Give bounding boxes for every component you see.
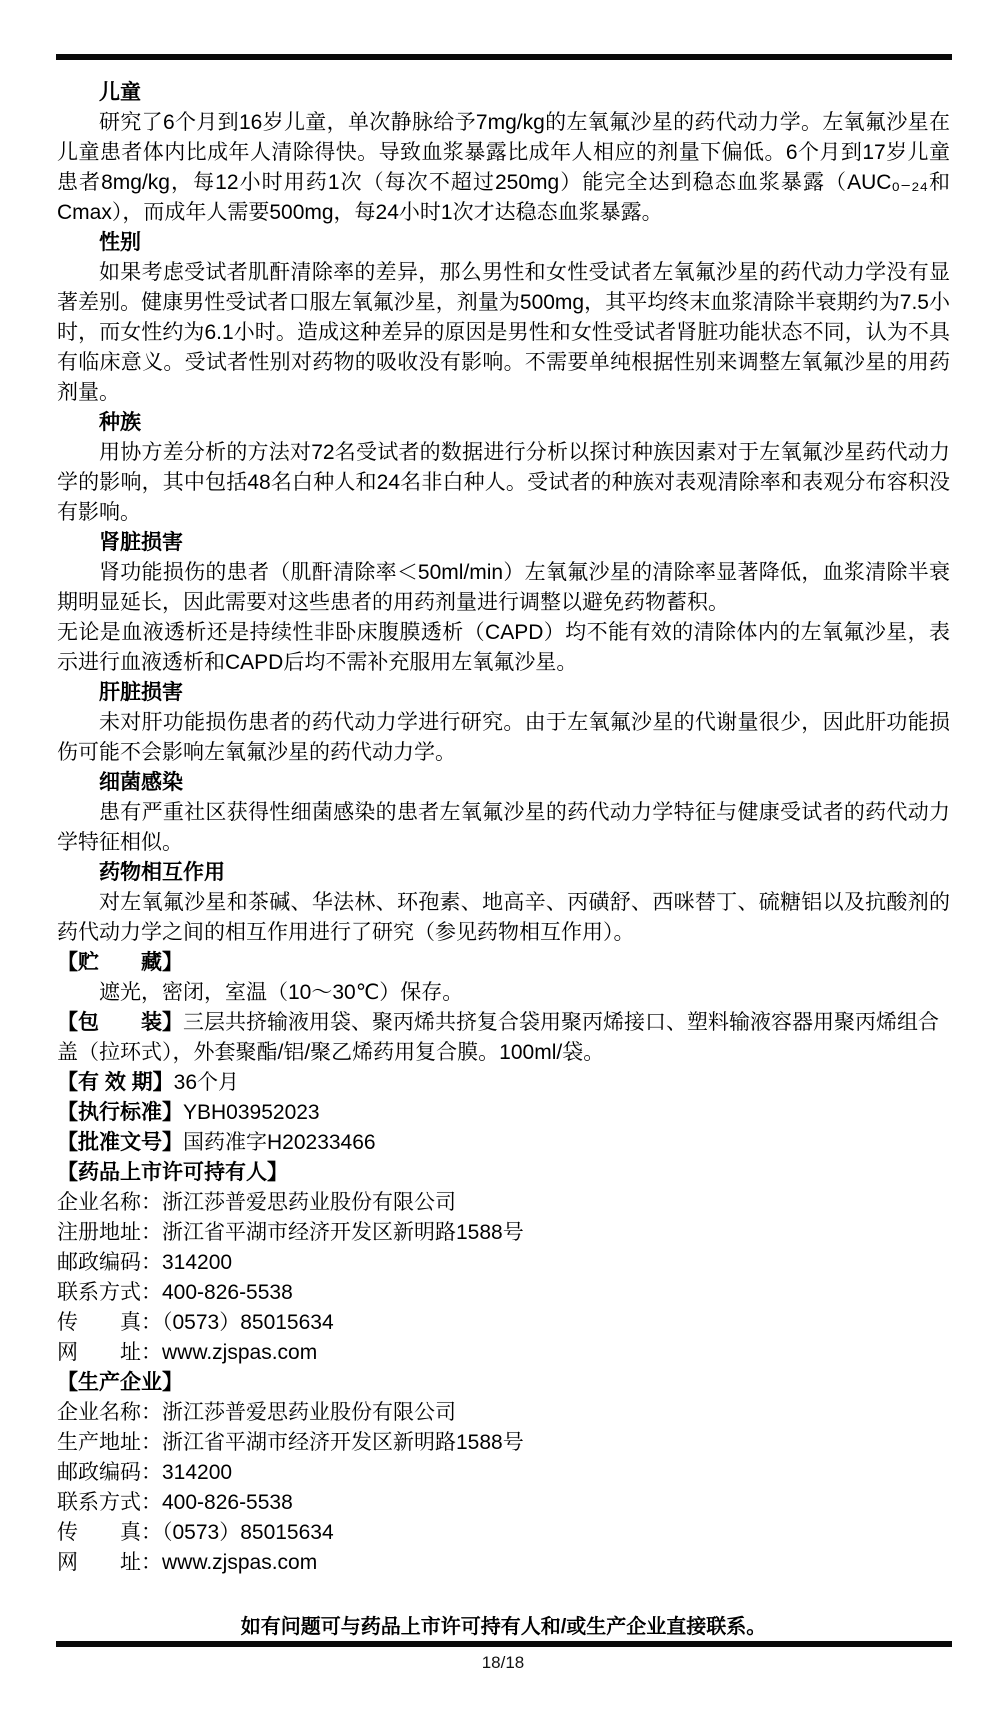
bottom-divider — [56, 1641, 952, 1647]
producer-label: 【生产企业】 — [57, 1368, 950, 1398]
section-heading-drug-interactions: 药物相互作用 — [57, 858, 950, 888]
document-page: 儿童 研究了6个月到16岁儿童，单次静脉给予7mg/kg的左氧氟沙星的药代动力学… — [0, 0, 1006, 1719]
producer-phone: 联系方式：400-826-5538 — [57, 1488, 950, 1518]
holder-postal-code: 邮政编码：314200 — [57, 1248, 950, 1278]
document-content: 儿童 研究了6个月到16岁儿童，单次静脉给予7mg/kg的左氧氟沙星的药代动力学… — [57, 78, 950, 1642]
section-heading-gender: 性别 — [57, 228, 950, 258]
producer-postal-code: 邮政编码：314200 — [57, 1458, 950, 1488]
approval-label: 【批准文号】 — [57, 1131, 183, 1154]
standard-label: 【执行标准】 — [57, 1101, 183, 1124]
producer-fax: 传 真：（0573）85015634 — [57, 1518, 950, 1548]
top-divider — [56, 54, 952, 60]
holder-company-name: 企业名称：浙江莎普爱思药业股份有限公司 — [57, 1188, 950, 1218]
holder-label: 【药品上市许可持有人】 — [57, 1158, 950, 1188]
paragraph: 未对肝功能损伤患者的药代动力学进行研究。由于左氧氟沙星的代谢量很少，因此肝功能损… — [57, 708, 950, 768]
packaging-text: 三层共挤输液用袋、聚丙烯共挤复合袋用聚丙烯接口、塑料输液容器用聚丙烯组合盖（拉环… — [57, 1011, 939, 1064]
paragraph: 患有严重社区获得性细菌感染的患者左氧氟沙星的药代动力学特征与健康受试者的药代动力… — [57, 798, 950, 858]
standard-entry: 【执行标准】YBH03952023 — [57, 1098, 950, 1128]
packaging-entry: 【包 装】三层共挤输液用袋、聚丙烯共挤复合袋用聚丙烯接口、塑料输液容器用聚丙烯组… — [57, 1008, 950, 1068]
validity-value: 36个月 — [174, 1071, 239, 1094]
validity-label: 【有 效 期】 — [57, 1071, 174, 1094]
section-heading-race: 种族 — [57, 408, 950, 438]
producer-company-name: 企业名称：浙江莎普爱思药业股份有限公司 — [57, 1398, 950, 1428]
section-heading-hepatic-impairment: 肝脏损害 — [57, 678, 950, 708]
paragraph: 如果考虑受试者肌酐清除率的差异，那么男性和女性受试者左氧氟沙星的药代动力学没有显… — [57, 258, 950, 408]
packaging-label: 【包 装】 — [57, 1011, 183, 1034]
page-number: 18/18 — [0, 1653, 1006, 1673]
approval-value: 国药准字H20233466 — [183, 1131, 376, 1154]
section-heading-bacterial-infection: 细菌感染 — [57, 768, 950, 798]
approval-entry: 【批准文号】国药准字H20233466 — [57, 1128, 950, 1158]
standard-value: YBH03952023 — [183, 1101, 320, 1124]
storage-text: 遮光，密闭，室温（10～30℃）保存。 — [57, 978, 950, 1008]
holder-registered-address: 注册地址：浙江省平湖市经济开发区新明路1588号 — [57, 1218, 950, 1248]
holder-phone: 联系方式：400-826-5538 — [57, 1278, 950, 1308]
paragraph: 对左氧氟沙星和茶碱、华法林、环孢素、地高辛、丙磺舒、西咪替丁、硫糖铝以及抗酸剂的… — [57, 888, 950, 948]
section-heading-renal-impairment: 肾脏损害 — [57, 528, 950, 558]
paragraph: 肾功能损伤的患者（肌酐清除率＜50ml/min）左氧氟沙星的清除率显著降低，血浆… — [57, 558, 950, 618]
holder-website: 网 址：www.zjspas.com — [57, 1338, 950, 1368]
paragraph: 用协方差分析的方法对72名受试者的数据进行分析以探讨种族因素对于左氧氟沙星药代动… — [57, 438, 950, 528]
storage-label: 【贮 藏】 — [57, 948, 950, 978]
section-heading-children: 儿童 — [57, 78, 950, 108]
producer-website: 网 址：www.zjspas.com — [57, 1548, 950, 1578]
holder-fax: 传 真：（0573）85015634 — [57, 1308, 950, 1338]
paragraph: 研究了6个月到16岁儿童，单次静脉给予7mg/kg的左氧氟沙星的药代动力学。左氧… — [57, 108, 950, 228]
validity-entry: 【有 效 期】36个月 — [57, 1068, 950, 1098]
contact-note: 如有问题可与药品上市许可持有人和/或生产企业直接联系。 — [57, 1612, 950, 1642]
paragraph: 无论是血液透析还是持续性非卧床腹膜透析（CAPD）均不能有效的清除体内的左氧氟沙… — [57, 618, 950, 678]
producer-address: 生产地址：浙江省平湖市经济开发区新明路1588号 — [57, 1428, 950, 1458]
